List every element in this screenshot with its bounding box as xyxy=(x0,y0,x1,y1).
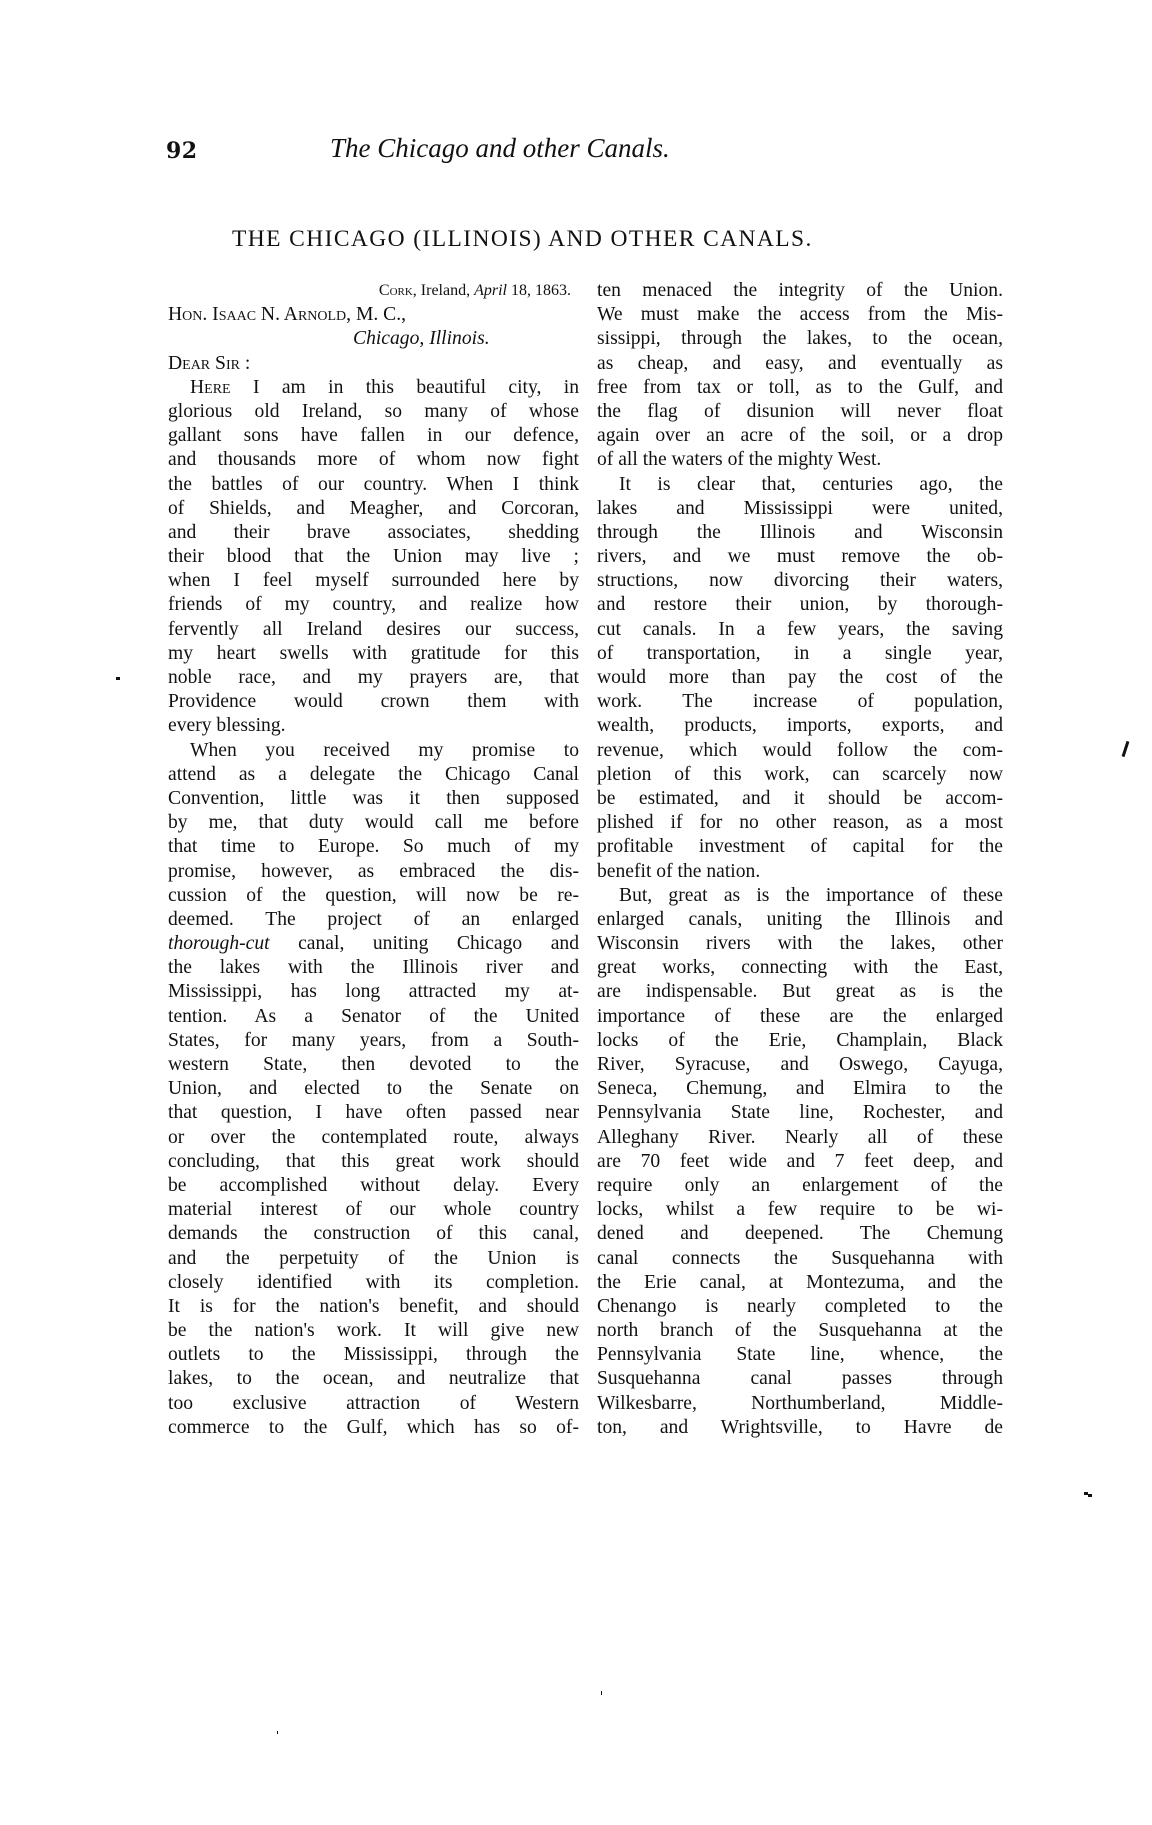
text-line: or over the contemplated route, always xyxy=(168,1126,579,1150)
text-line: again over an acre of the soil, or a dro… xyxy=(597,424,1003,448)
text-line: through the Illinois and Wisconsin xyxy=(597,521,1003,545)
running-head: The Chicago and other Canals. xyxy=(330,133,830,164)
text-line: importance of these are the enlarged xyxy=(597,1005,1003,1029)
text-line: demands the construction of this canal, xyxy=(168,1222,579,1246)
text-line: locks of the Erie, Champlain, Black xyxy=(597,1029,1003,1053)
addressee-name: Hon. Isaac N. Arnold, M. C., xyxy=(168,303,579,327)
left-body-text: Here I am in this beautiful city, inglor… xyxy=(168,376,579,1440)
text-line: free from tax or toll, as to the Gulf, a… xyxy=(597,376,1003,400)
text-line: It is clear that, centuries ago, the xyxy=(597,473,1003,497)
text-line: too exclusive attraction of Western xyxy=(168,1392,579,1416)
text-line: and their brave associates, shedding xyxy=(168,521,579,545)
text-line: Pennsylvania State line, whence, the xyxy=(597,1343,1003,1367)
dateline-place: Cork xyxy=(379,282,413,299)
salutation: Dear Sir : xyxy=(168,352,579,376)
article-title: THE CHICAGO (ILLINOIS) AND OTHER CANALS. xyxy=(232,226,992,253)
text-line: deemed. The project of an enlarged xyxy=(168,908,579,932)
text-line: structions, now divorcing their waters, xyxy=(597,569,1003,593)
text-line: as cheap, and easy, and eventually as xyxy=(597,352,1003,376)
text-line: Providence would crown them with xyxy=(168,690,579,714)
text-line: every blessing. xyxy=(168,714,579,738)
text-line: thorough-cut canal, uniting Chicago and xyxy=(168,932,579,956)
text-line: the flag of disunion will never float xyxy=(597,400,1003,424)
text-line: ten menaced the integrity of the Union. xyxy=(597,279,1003,303)
text-line: Alleghany River. Nearly all of these xyxy=(597,1126,1003,1150)
text-line: Union, and elected to the Senate on xyxy=(168,1077,579,1101)
text-line: work. The increase of population, xyxy=(597,690,1003,714)
text-line: glorious old Ireland, so many of whose xyxy=(168,400,579,424)
text-line: be the nation's work. It will give new xyxy=(168,1319,579,1343)
italic-term: thorough-cut xyxy=(168,933,270,954)
text-line: wealth, products, imports, exports, and xyxy=(597,714,1003,738)
text-line: cut canals. In a few years, the saving xyxy=(597,618,1003,642)
scan-speck xyxy=(116,677,120,680)
text-line: It is for the nation's benefit, and shou… xyxy=(168,1295,579,1319)
text-line: noble race, and my prayers are, that xyxy=(168,666,579,690)
text-line: promise, however, as embraced the dis- xyxy=(168,860,579,884)
text-line: enlarged canals, uniting the Illinois an… xyxy=(597,908,1003,932)
text-line: when I feel myself surrounded here by xyxy=(168,569,579,593)
text-line: the Erie canal, at Montezuma, and the xyxy=(597,1271,1003,1295)
text-line: plished if for no other reason, as a mos… xyxy=(597,811,1003,835)
text-line: sissippi, through the lakes, to the ocea… xyxy=(597,327,1003,351)
page-number: 92 xyxy=(166,138,198,164)
text-line: by me, that duty would call me before xyxy=(168,811,579,835)
text-line: ton, and Wrightsville, to Havre de xyxy=(597,1416,1003,1440)
text-line: Chenango is nearly completed to the xyxy=(597,1295,1003,1319)
text-line: north branch of the Susquehanna at the xyxy=(597,1319,1003,1343)
text-line: dened and deepened. The Chemung xyxy=(597,1222,1003,1246)
text-line: canal connects the Susquehanna with xyxy=(597,1247,1003,1271)
text-line: are 70 feet wide and 7 feet deep, and xyxy=(597,1150,1003,1174)
text-line: lakes and Mississippi were united, xyxy=(597,497,1003,521)
dateline-day-year: 18, 1863. xyxy=(507,282,571,299)
text-line: of Shields, and Meagher, and Corcoran, xyxy=(168,497,579,521)
text-line: are indispensable. But great as is the xyxy=(597,980,1003,1004)
text-line: closely identified with its completion. xyxy=(168,1271,579,1295)
scan-speck xyxy=(601,1691,602,1695)
text-line: would more than pay the cost of the xyxy=(597,666,1003,690)
text-line: When you received my promise to xyxy=(168,739,579,763)
text-line: Convention, little was it then supposed xyxy=(168,787,579,811)
text-line: gallant sons have fallen in our defence, xyxy=(168,424,579,448)
text-line: material interest of our whole country xyxy=(168,1198,579,1222)
small-caps-lead: Here xyxy=(190,377,231,398)
scan-speck xyxy=(1088,1494,1092,1497)
text-line: lakes, to the ocean, and neutralize that xyxy=(168,1367,579,1391)
text-line: cussion of the question, will now be re- xyxy=(168,884,579,908)
dateline-month: April xyxy=(474,282,507,299)
dateline: Cork, Ireland, April 18, 1863. xyxy=(168,279,579,303)
text-line: of transportation, in a single year, xyxy=(597,642,1003,666)
text-line: pletion of this work, can scarcely now xyxy=(597,763,1003,787)
text-line: friends of my country, and realize how xyxy=(168,593,579,617)
dateline-country: , Ireland, xyxy=(413,282,474,299)
text-line: and restore their union, by thorough- xyxy=(597,593,1003,617)
text-line: of all the waters of the mighty West. xyxy=(597,448,1003,472)
text-line: profitable investment of capital for the xyxy=(597,835,1003,859)
text-line: benefit of the nation. xyxy=(597,860,1003,884)
right-body-text: ten menaced the integrity of the Union.W… xyxy=(597,279,1003,1440)
text-line: River, Syracuse, and Oswego, Cayuga, xyxy=(597,1053,1003,1077)
text-line: Susquehanna canal passes through xyxy=(597,1367,1003,1391)
text-line: the lakes with the Illinois river and xyxy=(168,956,579,980)
text-line: western State, then devoted to the xyxy=(168,1053,579,1077)
text-line: But, great as is the importance of these xyxy=(597,884,1003,908)
text-line: Seneca, Chemung, and Elmira to the xyxy=(597,1077,1003,1101)
margin-mark xyxy=(1122,741,1130,757)
addressee-location: Chicago, Illinois. xyxy=(168,327,579,351)
text-line: that time to Europe. So much of my xyxy=(168,835,579,859)
text-line: great works, connecting with the East, xyxy=(597,956,1003,980)
text-line: and the perpetuity of the Union is xyxy=(168,1247,579,1271)
text-line: be accomplished without delay. Every xyxy=(168,1174,579,1198)
text-line: require only an enlargement of the xyxy=(597,1174,1003,1198)
scan-speck xyxy=(277,1731,278,1734)
left-column: Cork, Ireland, April 18, 1863. Hon. Isaa… xyxy=(168,279,579,1440)
text-line: rivers, and we must remove the ob- xyxy=(597,545,1003,569)
text-line: revenue, which would follow the com- xyxy=(597,739,1003,763)
text-line: the battles of our country. When I think xyxy=(168,473,579,497)
text-line: We must make the access from the Mis- xyxy=(597,303,1003,327)
line-text: I am in this beautiful city, in xyxy=(231,377,579,398)
text-line: fervently all Ireland desires our succes… xyxy=(168,618,579,642)
text-line: locks, whilst a few require to be wi- xyxy=(597,1198,1003,1222)
text-line: tention. As a Senator of the United xyxy=(168,1005,579,1029)
text-line: my heart swells with gratitude for this xyxy=(168,642,579,666)
text-line: concluding, that this great work should xyxy=(168,1150,579,1174)
text-line: that question, I have often passed near xyxy=(168,1101,579,1125)
text-line: commerce to the Gulf, which has so of- xyxy=(168,1416,579,1440)
text-line: Wilkesbarre, Northumberland, Middle- xyxy=(597,1392,1003,1416)
text-line: Pennsylvania State line, Rochester, and xyxy=(597,1101,1003,1125)
text-line: Wisconsin rivers with the lakes, other xyxy=(597,932,1003,956)
text-line: Here I am in this beautiful city, in xyxy=(168,376,579,400)
line-text: canal, uniting Chicago and xyxy=(270,933,579,954)
text-line: be estimated, and it should be accom- xyxy=(597,787,1003,811)
text-line: their blood that the Union may live ; xyxy=(168,545,579,569)
text-line: States, for many years, from a South- xyxy=(168,1029,579,1053)
text-line: outlets to the Mississippi, through the xyxy=(168,1343,579,1367)
right-column: ten menaced the integrity of the Union.W… xyxy=(597,279,1003,1440)
text-line: Mississippi, has long attracted my at- xyxy=(168,980,579,1004)
text-line: and thousands more of whom now fight xyxy=(168,448,579,472)
text-line: attend as a delegate the Chicago Canal xyxy=(168,763,579,787)
